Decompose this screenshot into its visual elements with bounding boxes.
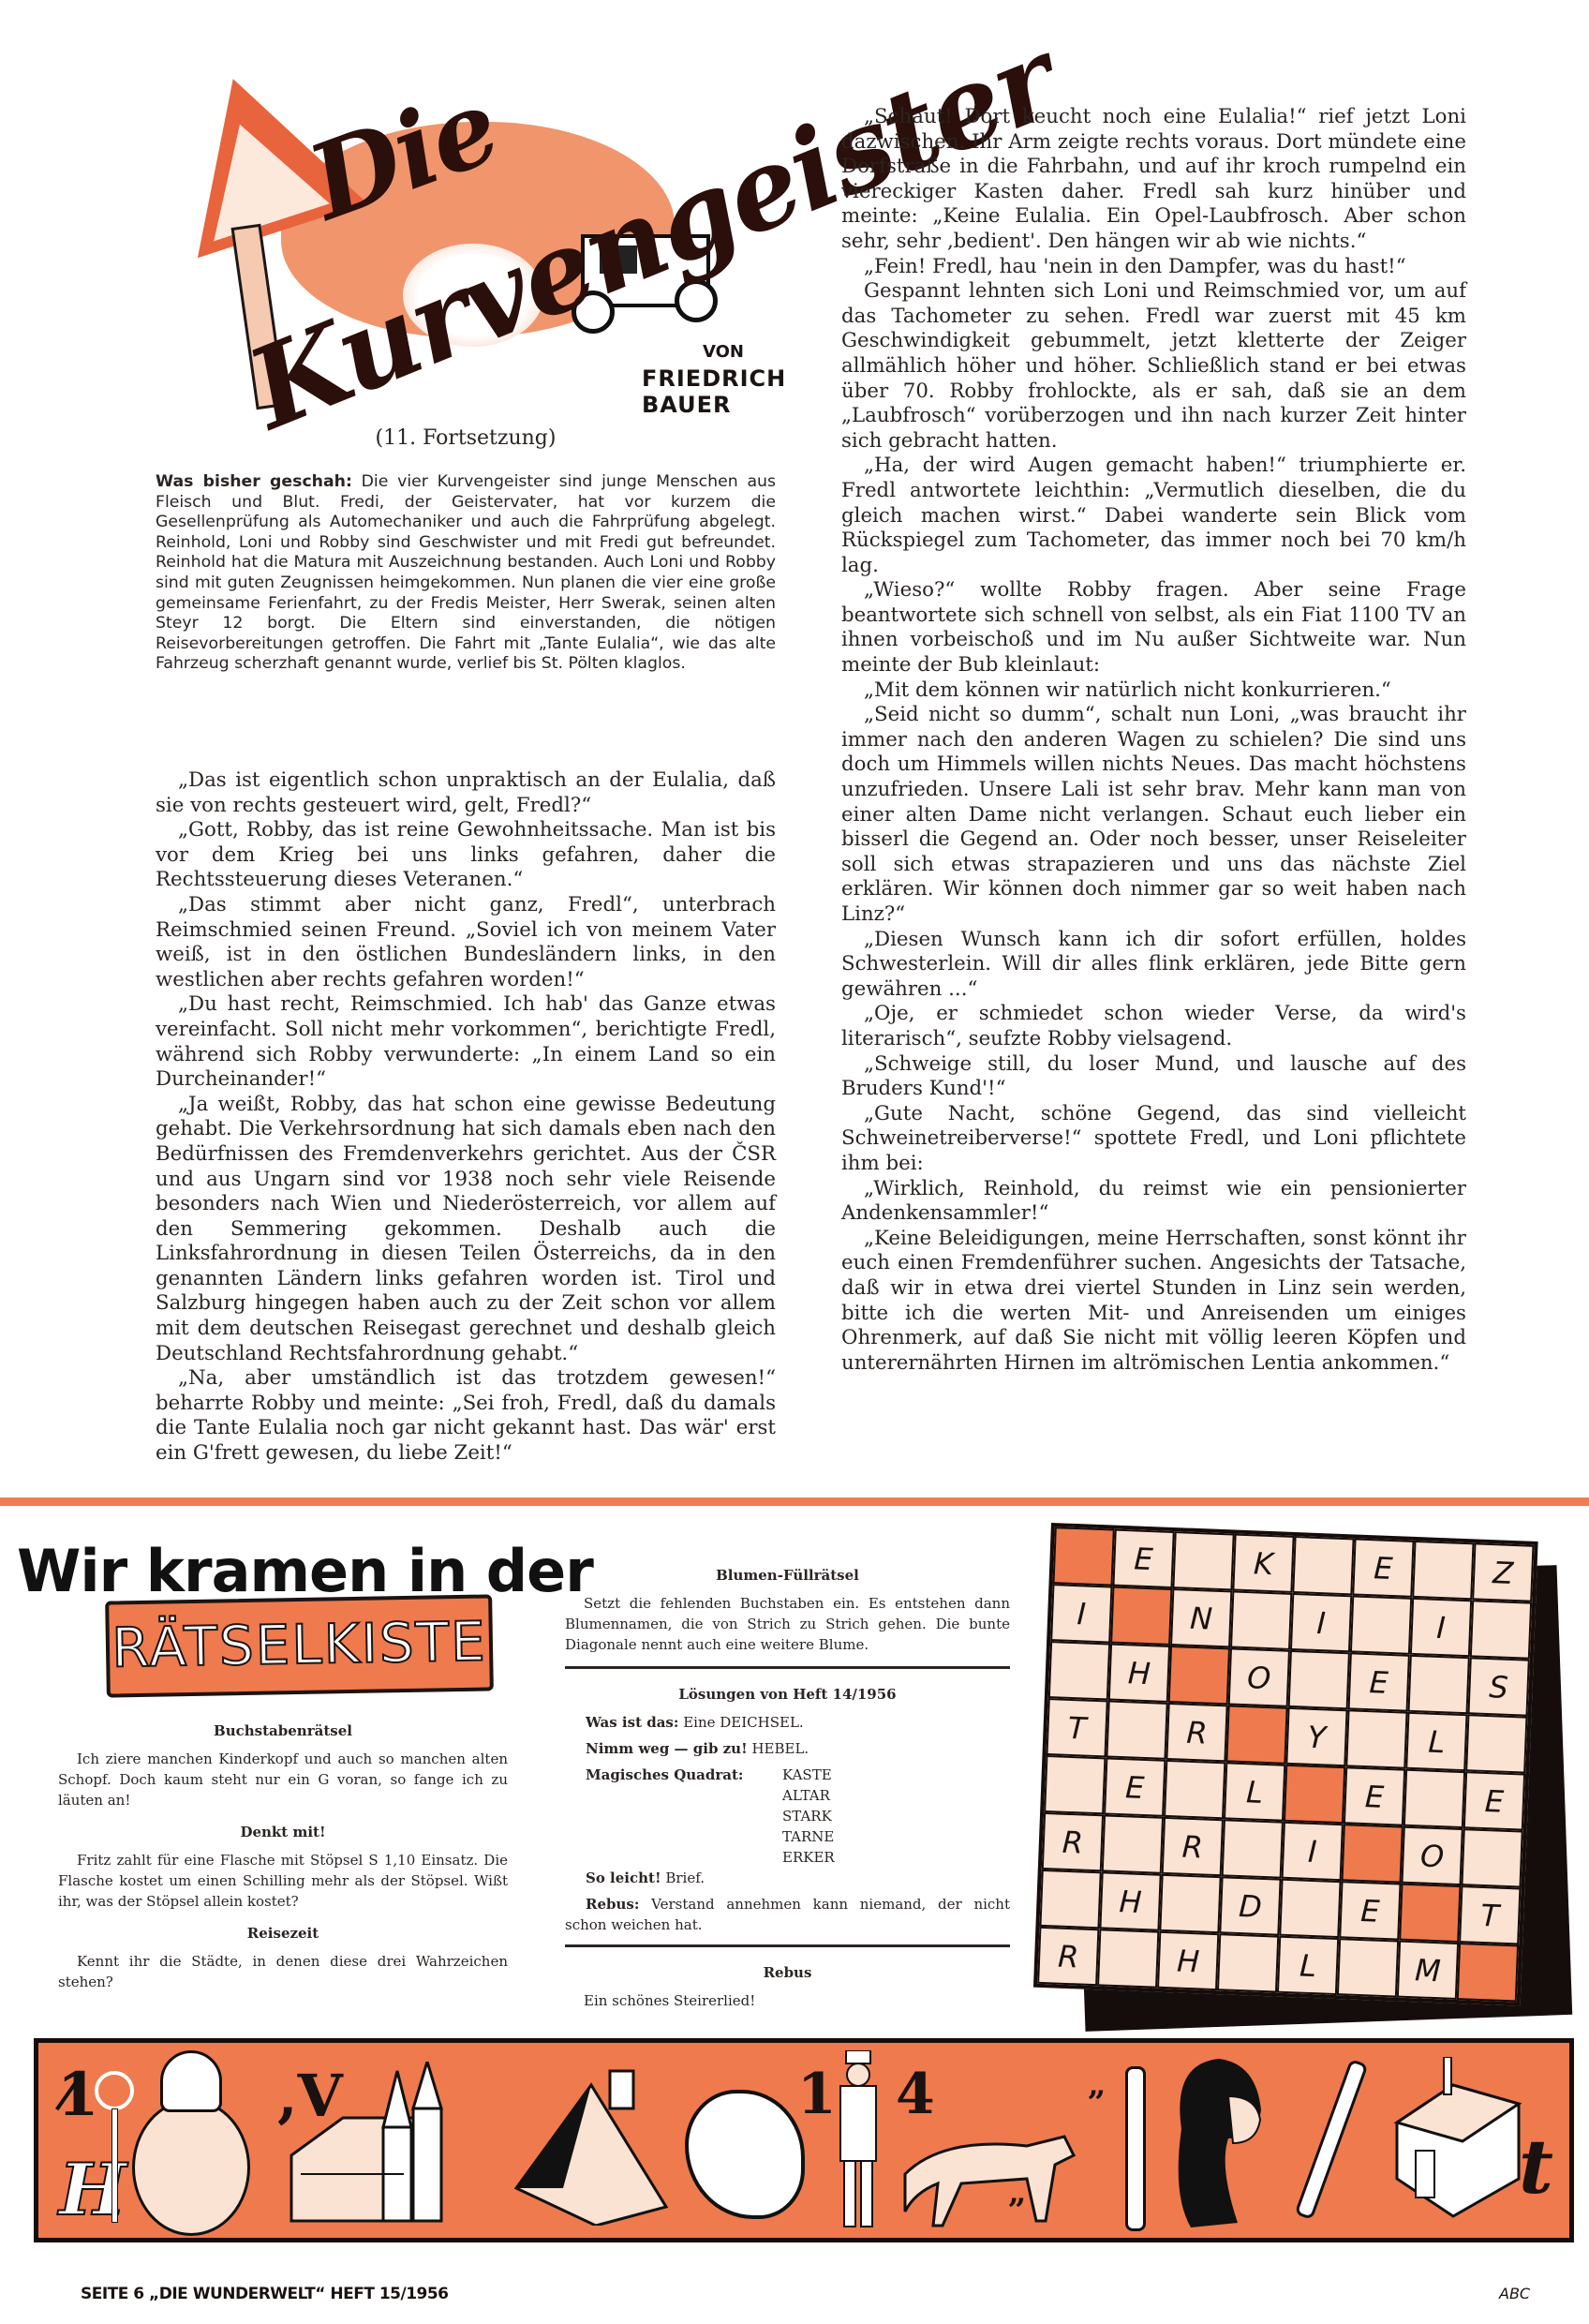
paragraph: „Seid nicht so dumm“, schalt nun Loni, „… <box>841 703 1466 927</box>
paragraph: „Diesen Wunsch kann ich dir sofort erfül… <box>841 928 1466 1003</box>
paragraph: „Ha, der wird Augen gemacht haben!“ triu… <box>841 454 1466 578</box>
raetselkiste-title: Wir kramen in der RÄTSELKISTE <box>17 1537 504 1696</box>
grid-cell <box>1164 1760 1225 1819</box>
grid-cell: E <box>1463 1771 1525 1830</box>
grid-cell: R <box>1162 1817 1224 1876</box>
paragraph: „Gute Nacht, schöne Gegend, das sind vie… <box>841 1102 1466 1177</box>
grid-cell <box>1470 1600 1532 1659</box>
roof-icon <box>507 2066 676 2226</box>
grid-cell: Y <box>1285 1707 1347 1766</box>
flower-fill-puzzle-grid: EKEZINIIHOESTRYLELEERRIOHDETRHLM <box>1051 1523 1557 1991</box>
grid-cell: L <box>1277 1936 1339 1995</box>
grid-cell: I <box>1290 1593 1352 1652</box>
grid-cell <box>1345 1709 1407 1768</box>
grid-cell: E <box>1104 1757 1166 1816</box>
fork-icon <box>1125 2066 1146 2231</box>
solution-item: Rebus: Verstand annehmen kann niemand, d… <box>565 1894 1010 1935</box>
paragraph: „Keine Beleidigungen, meine Herrschaften… <box>841 1227 1466 1377</box>
author-name: FRIEDRICH BAUER <box>642 365 834 418</box>
grid-cell <box>1461 1828 1522 1887</box>
solutions-heading: Lösungen von Heft 14/1956 <box>565 1684 1010 1705</box>
grid-cell-diagonal <box>1168 1646 1230 1705</box>
grid-cell-diagonal <box>1284 1765 1345 1824</box>
grid-cell: I <box>1050 1584 1112 1643</box>
quote-glyph: „ <box>1008 2174 1027 2212</box>
church-icon <box>273 2062 479 2226</box>
magic-word: ERKER <box>782 1847 835 1868</box>
grid-cell-diagonal <box>1053 1527 1115 1586</box>
grid-cell: R <box>1037 1927 1099 1986</box>
title-illustration: Die Kurvengeister VON FRIEDRICH BAUER <box>141 56 834 394</box>
grid-cell-diagonal <box>1399 1884 1461 1943</box>
magic-word: ALTAR <box>782 1785 835 1806</box>
paragraph: „Schaut! Dort keucht noch eine Eulalia!“… <box>841 105 1466 255</box>
puzzle-text: Setzt die fehlenden Buchstaben ein. Es e… <box>565 1593 1010 1655</box>
grid-cell <box>1048 1641 1110 1700</box>
letter-t-glyph: t <box>1519 2123 1553 2211</box>
grid-cell: T <box>1459 1885 1521 1944</box>
quote-glyph: „ <box>1088 2066 1106 2104</box>
grid-cell-diagonal <box>1457 1943 1519 2002</box>
grid-cell <box>1337 1938 1399 1997</box>
paragraph: „Du hast recht, Reimschmied. Ich hab' da… <box>156 992 776 1092</box>
spoon-icon <box>95 2071 134 2110</box>
grid-cell <box>1159 1874 1221 1933</box>
puzzle-text: Kennt ihr die Städte, in denen diese dre… <box>58 1951 508 1992</box>
house-icon <box>1388 2057 1528 2221</box>
page-footer: SEITE 6 „DIE WUNDERWELT“ HEFT 15/1956 <box>81 2285 449 2303</box>
puzzle-text: Ich ziere manchen Kinderkopf und auch so… <box>58 1749 508 1810</box>
puzzle-heading: Denkt mit! <box>58 1822 508 1842</box>
article-right-column: „Schaut! Dort keucht noch eine Eulalia!“… <box>841 105 1466 1376</box>
grid-cell <box>1102 1814 1164 1873</box>
article-left-column: „Das ist eigentlich schon unpraktisch an… <box>156 500 776 1467</box>
paragraph: „Wirklich, Reinhold, du reimst wie ein p… <box>841 1177 1466 1227</box>
paragraph: „Wieso?“ wollte Robby fragen. Aber seine… <box>841 578 1466 678</box>
grid-cell <box>1412 1541 1474 1600</box>
grid-cell: R <box>1166 1703 1227 1762</box>
grid-cell <box>1044 1755 1106 1814</box>
rule-divider <box>565 1944 1010 1947</box>
puzzle-heading: Rebus <box>565 1962 1010 1983</box>
paragraph: „Mit dem können wir natürlich nicht konk… <box>841 678 1466 704</box>
grid-cell-diagonal <box>1225 1705 1287 1764</box>
byline-von: VON <box>703 342 744 362</box>
solution-value: Brief. <box>665 1870 705 1886</box>
paragraph: „Na, aber umständlich ist das trotzdem g… <box>156 1366 776 1466</box>
solution-value: HEBEL. <box>751 1740 809 1757</box>
grid-cell-diagonal <box>1110 1587 1172 1646</box>
grid-cell <box>1222 1819 1284 1878</box>
grid-cell: H <box>1099 1871 1161 1930</box>
paragraph: „Fein! Fredl, hau 'nein in den Dampfer, … <box>841 255 1466 280</box>
magic-word: KASTE <box>782 1765 835 1785</box>
magic-word: TARNE <box>782 1826 835 1847</box>
letter-grid: EKEZINIIHOESTRYLELEERRIOHDETRHLM <box>1033 1523 1538 2006</box>
puzzle-heading: Blumen-Füllrätsel <box>565 1565 1010 1586</box>
girl-head-icon <box>1163 2054 1275 2232</box>
grid-cell <box>1172 1531 1234 1590</box>
solution-item: Was ist das: Eine DEICHSEL. <box>565 1712 1010 1733</box>
paragraph: „Das stimmt aber nicht ganz, Fredl“, unt… <box>156 893 776 992</box>
grid-cell <box>1403 1769 1465 1828</box>
spoon-handle <box>111 2108 118 2223</box>
magic-square-solution: Magisches Quadrat: KASTE ALTAR STARK TAR… <box>565 1765 1010 1868</box>
solution-item: Nimm weg — gib zu! HEBEL. <box>565 1738 1010 1759</box>
rule-divider <box>565 1666 1010 1669</box>
grid-cell: E <box>1112 1529 1174 1588</box>
puzzle-heading: Reisezeit <box>58 1923 508 1944</box>
grid-cell: H <box>1157 1931 1219 1990</box>
grid-cell: S <box>1467 1657 1529 1716</box>
solution-label: Was ist das: <box>586 1714 678 1731</box>
section-divider <box>0 1497 1589 1506</box>
puzzle-text: Fritz zahlt für eine Flasche mit Stöpsel… <box>58 1850 508 1912</box>
solution-label: Rebus: <box>586 1896 639 1913</box>
paragraph: „Oje, er schmiedet schon wieder Verse, d… <box>841 1002 1466 1051</box>
grid-cell: E <box>1348 1652 1410 1711</box>
grid-cell <box>1279 1879 1341 1938</box>
raetsel-banner: RÄTSELKISTE <box>105 1594 494 1697</box>
grid-cell: I <box>1410 1598 1472 1657</box>
raetsel-banner-text: RÄTSELKISTE <box>109 1609 489 1679</box>
rebus-picture-strip: 1 H ,V 1 4 „ „ t <box>34 2038 1574 2242</box>
paragraph: „Schweige still, du loser Mund, und laus… <box>841 1052 1466 1102</box>
left-puzzles: Buchstabenrätsel Ich ziere manchen Kinde… <box>58 1721 508 2004</box>
grid-cell: E <box>1339 1881 1401 1940</box>
grid-cell <box>1106 1700 1167 1759</box>
grid-cell <box>1350 1595 1412 1654</box>
solution-label: Nimm weg — gib zu! <box>586 1740 748 1757</box>
cook-face-icon <box>132 2099 250 2236</box>
grid-cell: E <box>1344 1766 1405 1825</box>
grid-cell: T <box>1046 1698 1107 1757</box>
solution-value: Eine DEICHSEL. <box>683 1714 803 1731</box>
paragraph: „Das ist eigentlich schon unpraktisch an… <box>156 768 776 818</box>
grid-cell: I <box>1282 1822 1344 1881</box>
grid-cell: Z <box>1472 1542 1534 1601</box>
grid-cell-diagonal <box>1342 1824 1403 1883</box>
grid-cell: H <box>1108 1644 1170 1703</box>
grid-cell: L <box>1224 1762 1285 1821</box>
middle-puzzles: Blumen-Füllrätsel Setzt die fehlenden Bu… <box>565 1565 1010 2022</box>
grid-cell <box>1292 1536 1354 1595</box>
bone-icon <box>1295 2059 1369 2220</box>
grid-cell: K <box>1232 1534 1294 1593</box>
magic-word: STARK <box>782 1806 835 1826</box>
paragraph: Gespannt lehnten sich Loni und Reimschmi… <box>841 279 1466 454</box>
grid-cell <box>1408 1655 1470 1714</box>
artist-signature: ABC <box>1499 2285 1530 2302</box>
magic-square-words: KASTE ALTAR STARK TARNE ERKER <box>782 1765 835 1868</box>
grid-cell <box>1039 1870 1101 1929</box>
grid-cell: R <box>1042 1812 1104 1871</box>
summary-label: Was bisher geschah: <box>156 472 352 491</box>
grid-cell: N <box>1170 1588 1232 1647</box>
solution-item: So leicht! Brief. <box>565 1868 1010 1888</box>
raetsel-title-line: Wir kramen in der <box>17 1537 593 1605</box>
puzzle-heading: Buchstabenrätsel <box>58 1721 508 1741</box>
wolf-icon <box>886 2108 1092 2230</box>
solution-label: So leicht! <box>586 1870 661 1886</box>
grid-cell: O <box>1228 1647 1290 1706</box>
grid-cell: O <box>1402 1826 1463 1885</box>
paragraph: „Ja weißt, Robby, das hat schon eine gew… <box>156 1093 776 1367</box>
grid-cell <box>1097 1929 1159 1988</box>
grid-cell <box>1288 1650 1350 1709</box>
chef-hat-icon <box>160 2050 222 2112</box>
paragraph: „Gott, Robby, das ist reine Gewohnheitss… <box>156 818 776 893</box>
grid-cell <box>1217 1933 1279 1992</box>
grid-cell: M <box>1397 1941 1459 2000</box>
grid-cell: E <box>1352 1538 1414 1597</box>
grid-cell: D <box>1219 1876 1281 1935</box>
solution-label: Magisches Quadrat: <box>586 1765 782 1868</box>
puzzle-text: Ein schönes Steirerlied! <box>565 1990 1010 2011</box>
installment-label: (11. Fortsetzung) <box>156 426 776 450</box>
grid-cell: L <box>1405 1712 1467 1771</box>
man-icon <box>825 2050 891 2233</box>
grid-cell <box>1230 1590 1292 1649</box>
grid-cell <box>1465 1714 1527 1773</box>
stone-icon <box>685 2090 805 2219</box>
